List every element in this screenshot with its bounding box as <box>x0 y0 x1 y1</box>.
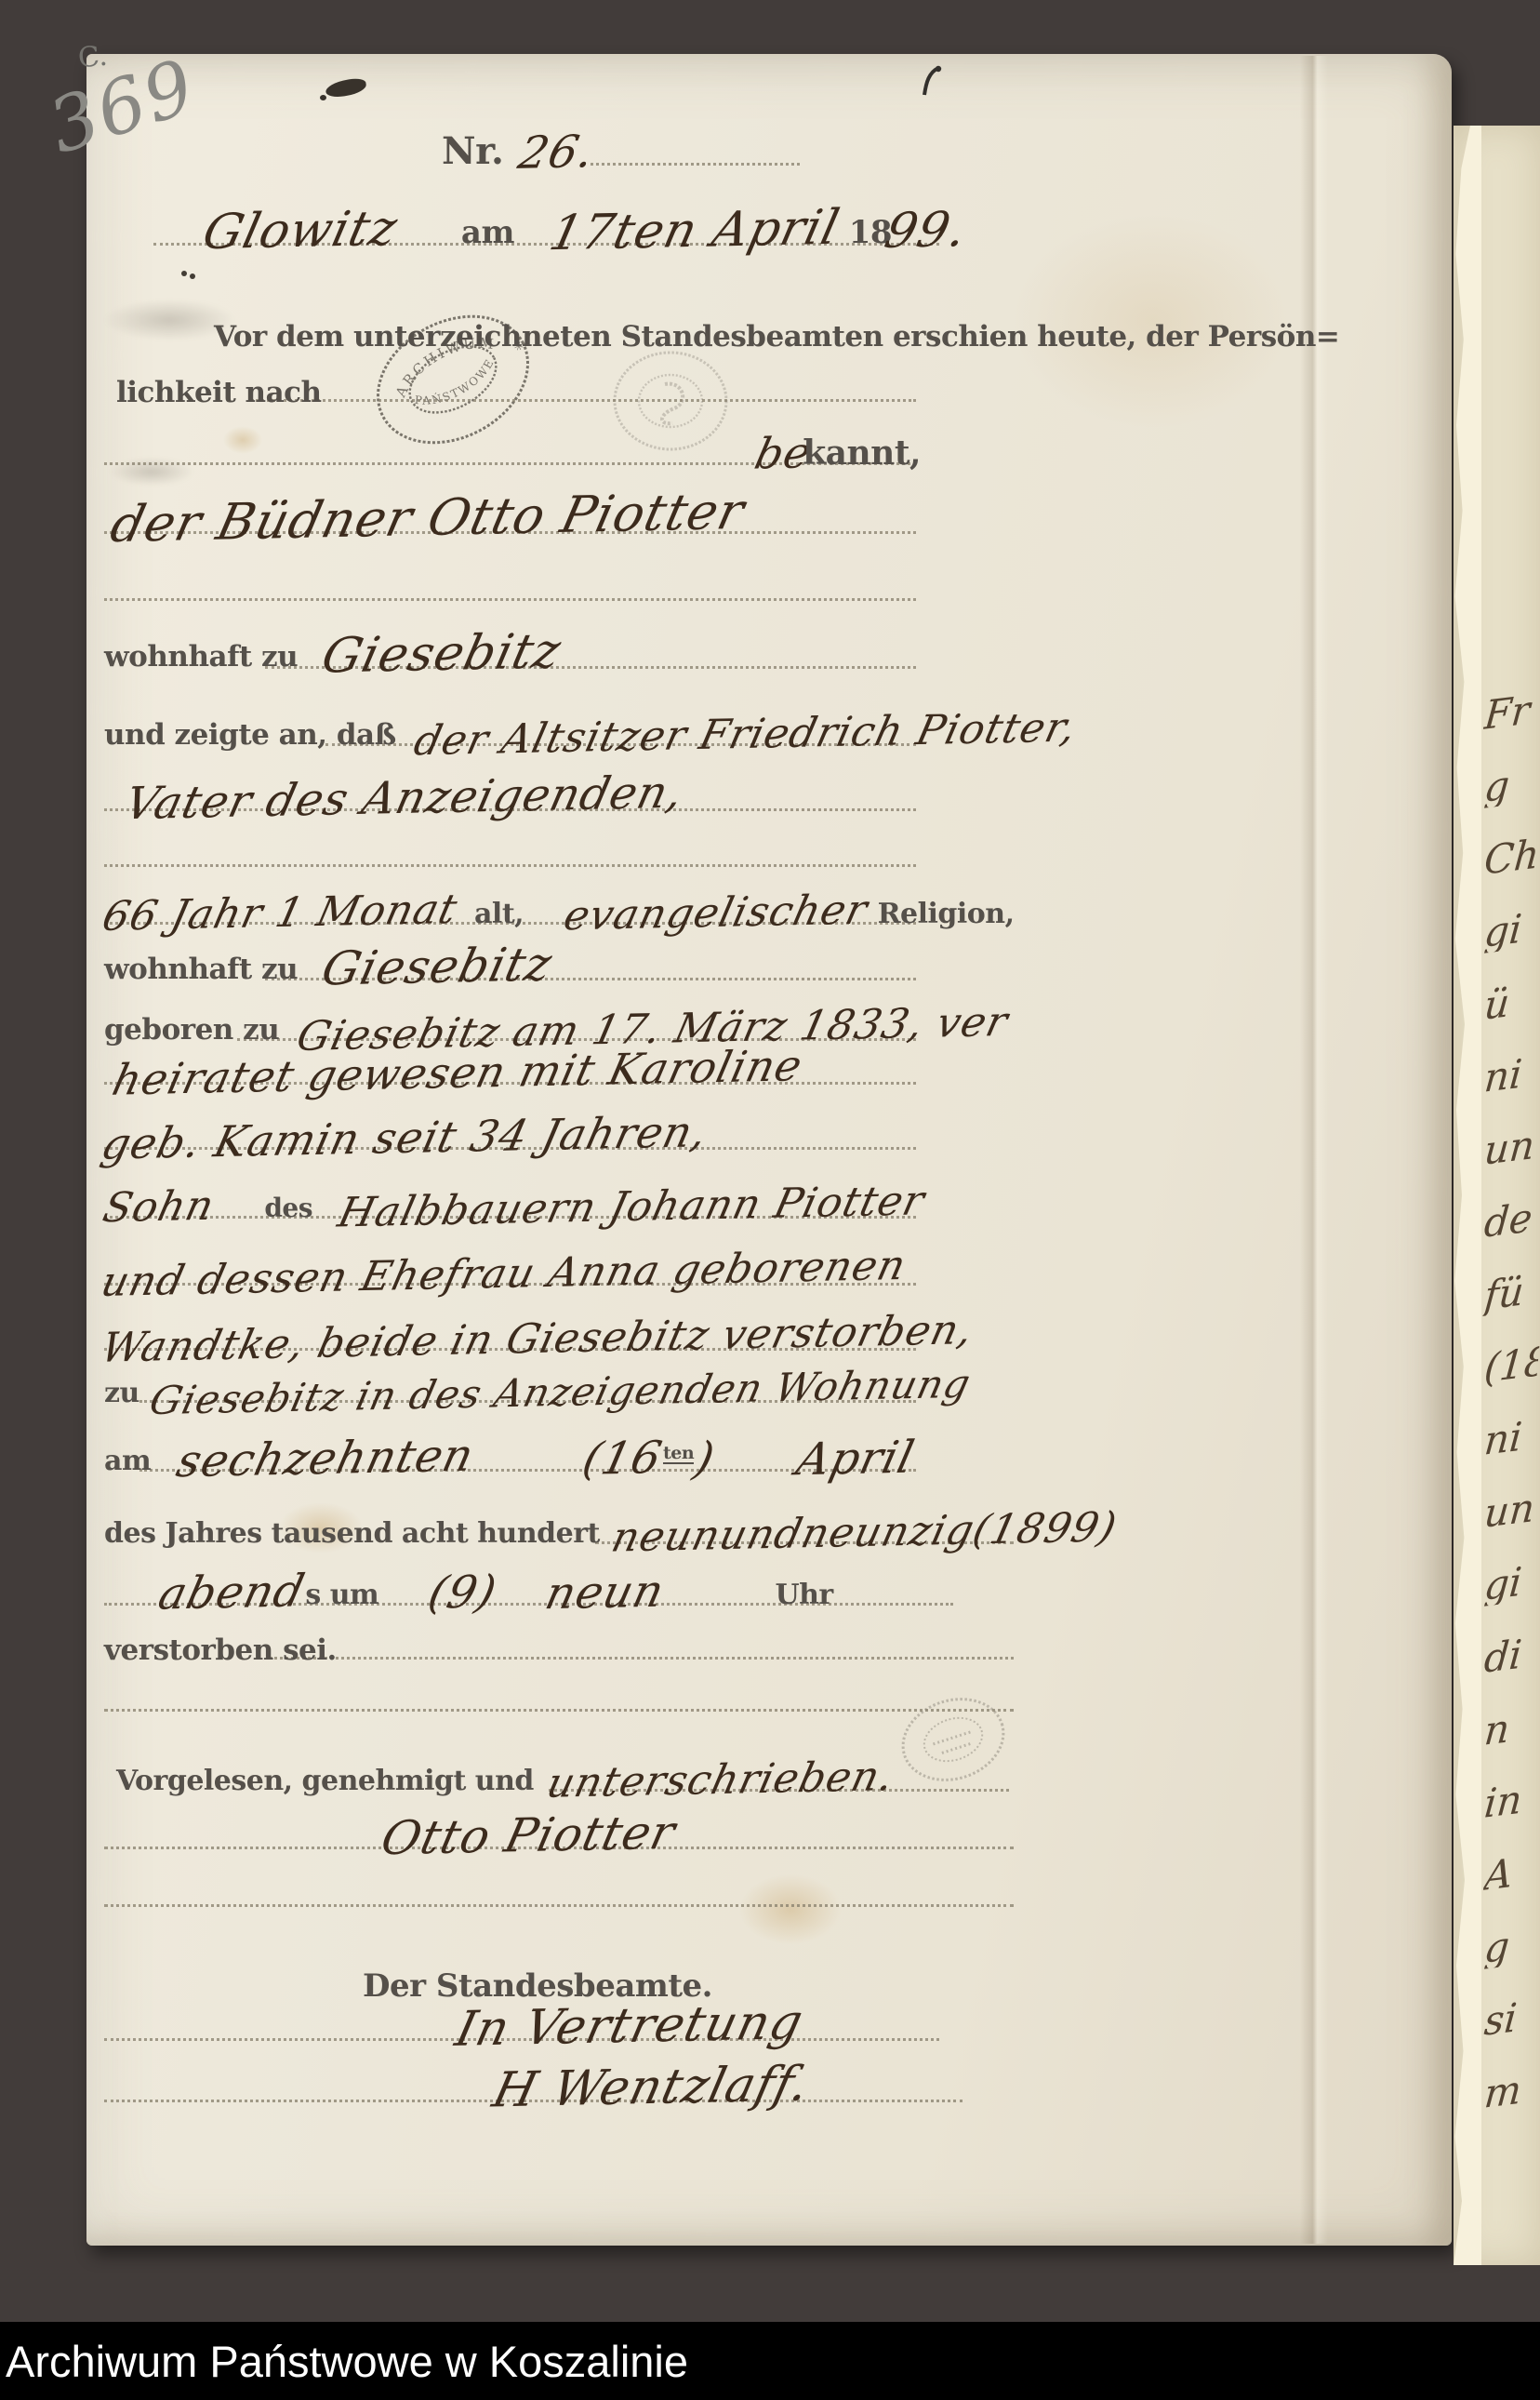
watermark-text: Archiwum Państwowe w Koszalinie <box>6 2322 688 2400</box>
handwriting-fragment: gi <box>1482 907 1539 953</box>
handwriting-fragment: A <box>1482 1850 1539 1897</box>
line-place-date: Glowitzam17ten April1899. <box>149 129 941 246</box>
deckle-edge <box>1454 126 1481 2265</box>
handwriting-fragment: (18 <box>1482 1342 1539 1389</box>
adjacent-page-edge: FrgChgiüniundefü(18niungidininAgsim <box>1454 126 1540 2265</box>
handwriting-fragment: ni <box>1482 1052 1539 1099</box>
line-registrar-signature: H Wentzlaff. <box>104 1998 962 2102</box>
handwriting-fragment: g <box>1482 762 1539 808</box>
ink-mark <box>921 65 945 99</box>
handwriting-fragment: si <box>1482 1995 1539 2042</box>
handwriting-fragment: Fr <box>1482 689 1539 736</box>
handwriting-fragment: un <box>1482 1487 1539 1534</box>
handwriting-fragment: di <box>1482 1633 1539 1679</box>
handwriting-fragment: m <box>1482 2068 1539 2114</box>
handwriting-fragment: ü <box>1482 980 1539 1026</box>
watermark-bar: Archiwum Państwowe w Koszalinie <box>0 2322 1540 2400</box>
ink-speck <box>179 266 197 281</box>
ink-blot-dot <box>320 95 326 100</box>
scanned-document: FrgChgiüniundefü(18niungidininAgsim C. 3… <box>0 0 1540 2400</box>
handwriting-fragment: n <box>1482 1705 1539 1752</box>
handwriting-fragment: gi <box>1482 1560 1539 1607</box>
handwriting-fragment: de <box>1482 1197 1539 1244</box>
handwriting-fragment: g <box>1482 1923 1539 1969</box>
handwriting-fragment: in <box>1482 1778 1539 1824</box>
handwriting-fragment: fü <box>1482 1270 1539 1316</box>
page-crease <box>1300 56 1328 2244</box>
handwriting-fragment: un <box>1482 1125 1539 1171</box>
handwriting-fragment: Ch <box>1482 834 1539 881</box>
handwriting-fragment: ni <box>1482 1415 1539 1461</box>
handwritten-text: H Wentzlaff. <box>488 2060 814 2114</box>
